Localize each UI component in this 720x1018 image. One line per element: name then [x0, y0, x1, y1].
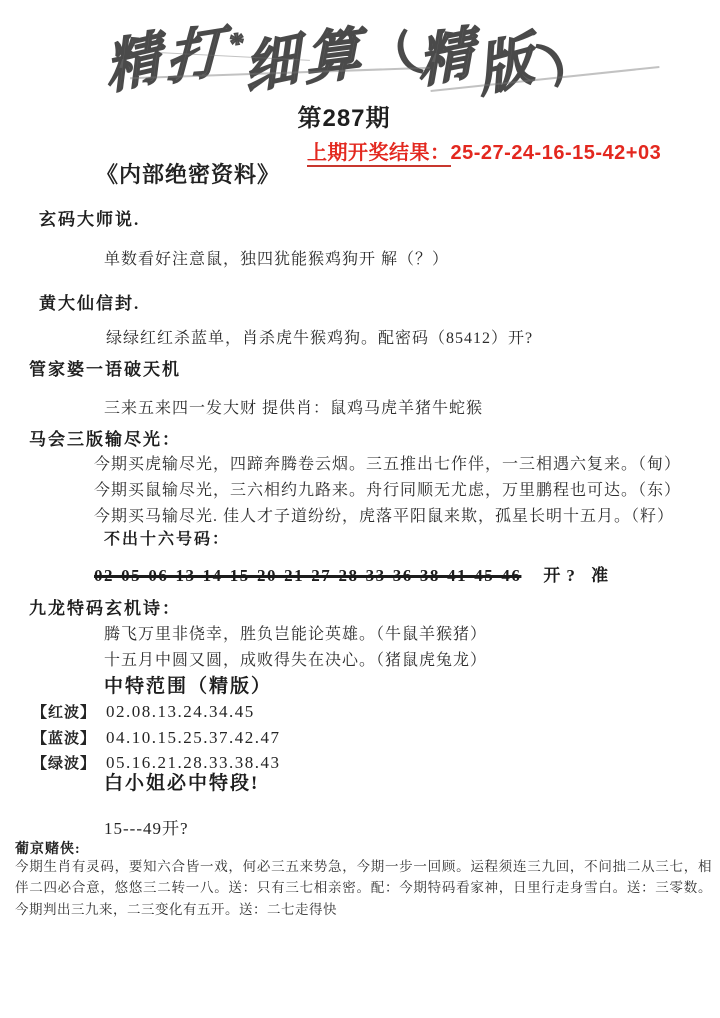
- section-heading-jiulong: 九龙特码玄机诗：: [29, 594, 181, 619]
- xuanma-tip-line: 单数看好注意鼠，独四犹能猴鸡狗开 解（？）: [104, 246, 449, 269]
- masthead-char: （: [364, 30, 427, 92]
- masthead-char: 算: [304, 25, 371, 90]
- doc-title: 《内部绝密资料》: [96, 158, 280, 189]
- baixiaojie-line: 白小姐必中特段!: [104, 768, 259, 795]
- jiulong-poem-line: 十五月中圆又圆，成败得失在决心。（猪鼠虎兔龙）: [104, 647, 487, 670]
- sixteen-numbers-line: 02-05-06-13-14-15-20-21-27-28-33-36-38-4…: [94, 561, 614, 586]
- mahui-poem-line: 今期买鼠输尽光，三六相约九路来。舟行同顺无尤虑，万里鹏程也可达。（东）: [94, 477, 681, 500]
- guanjiapo-tip-line: 三来五来四一发大财 提供肖：鼠鸡马虎羊猪牛蛇猴: [104, 395, 483, 418]
- masthead-char: 精: [417, 23, 482, 93]
- red-wave-row: 【红波】02.08.13.24.34.45: [32, 701, 255, 722]
- previous-draw-label: 上期开奖结果：: [307, 142, 451, 167]
- pujing-paragraph: 今期生肖有灵码，要知六合皆一戏，何必三五来势急，今期一步一回顾。运程须连三九回，…: [15, 856, 712, 920]
- section-heading-xuanma: 玄码大师说.: [39, 205, 140, 230]
- blue-wave-label: 【蓝波】: [32, 731, 96, 747]
- huangdaxian-tip-line: 绿绿红红杀蓝单，肖杀虎牛猴鸡狗。配密码（85412）开?: [106, 325, 533, 348]
- jiulong-poem-line: 腾飞万里非侥幸，胜负岂能论英雄。（牛鼠羊猴猪）: [104, 621, 487, 644]
- scanned-lottery-sheet: 精 打 * 细 算 （ 精 版 ） 第287期 上期开奖结果：25-27-24-…: [0, 0, 720, 1018]
- masthead-title: 精 打 * 细 算 （ 精 版 ）: [110, 14, 590, 102]
- sixteen-numbers-heading: 不出十六号码：: [104, 526, 230, 549]
- section-heading-guanjiapo: 管家婆一语破天机: [29, 355, 181, 380]
- mahui-poem-line: 今期买虎输尽光，四蹄奔腾卷云烟。三五推出七作伴，一三相遇六复来。（甸）: [94, 451, 681, 474]
- previous-draw-numbers: 25-27-24-16-15-42+03: [451, 142, 662, 164]
- masthead-char: ）: [535, 28, 599, 92]
- zhongte-range-heading: 中特范围（精版）: [104, 671, 272, 698]
- struck-numbers: 02-05-06-13-14-15-20-21-27-28-33-36-38-4…: [94, 566, 521, 585]
- blue-wave-numbers: 04.10.15.25.37.42.47: [106, 728, 281, 747]
- red-wave-label: 【红波】: [32, 705, 96, 721]
- section-heading-pujing: 葡京赌侠:: [15, 838, 81, 858]
- mahui-poem-line: 今期买马输尽光. 佳人才子道纷纷，虎落平阳鼠来欺，孤星长明十五月。（籽）: [94, 503, 674, 526]
- masthead-char: 版: [480, 29, 538, 103]
- red-wave-numbers: 02.08.13.24.34.45: [106, 702, 255, 721]
- issue-number: 第287期: [0, 98, 688, 133]
- previous-draw-result: 上期开奖结果：25-27-24-16-15-42+03: [307, 136, 661, 165]
- blue-wave-row: 【蓝波】04.10.15.25.37.42.47: [32, 727, 281, 748]
- section-heading-mahui: 马会三版输尽光：: [29, 425, 181, 450]
- numbers-suffix: 开? 准: [543, 566, 614, 585]
- masthead-char: 细: [245, 29, 308, 100]
- open-range-line: 15---49开?: [104, 814, 189, 839]
- masthead-char: 精: [106, 27, 168, 99]
- section-heading-huangdaxian: 黄大仙信封.: [39, 289, 140, 314]
- green-wave-label: 【绿波】: [32, 756, 96, 772]
